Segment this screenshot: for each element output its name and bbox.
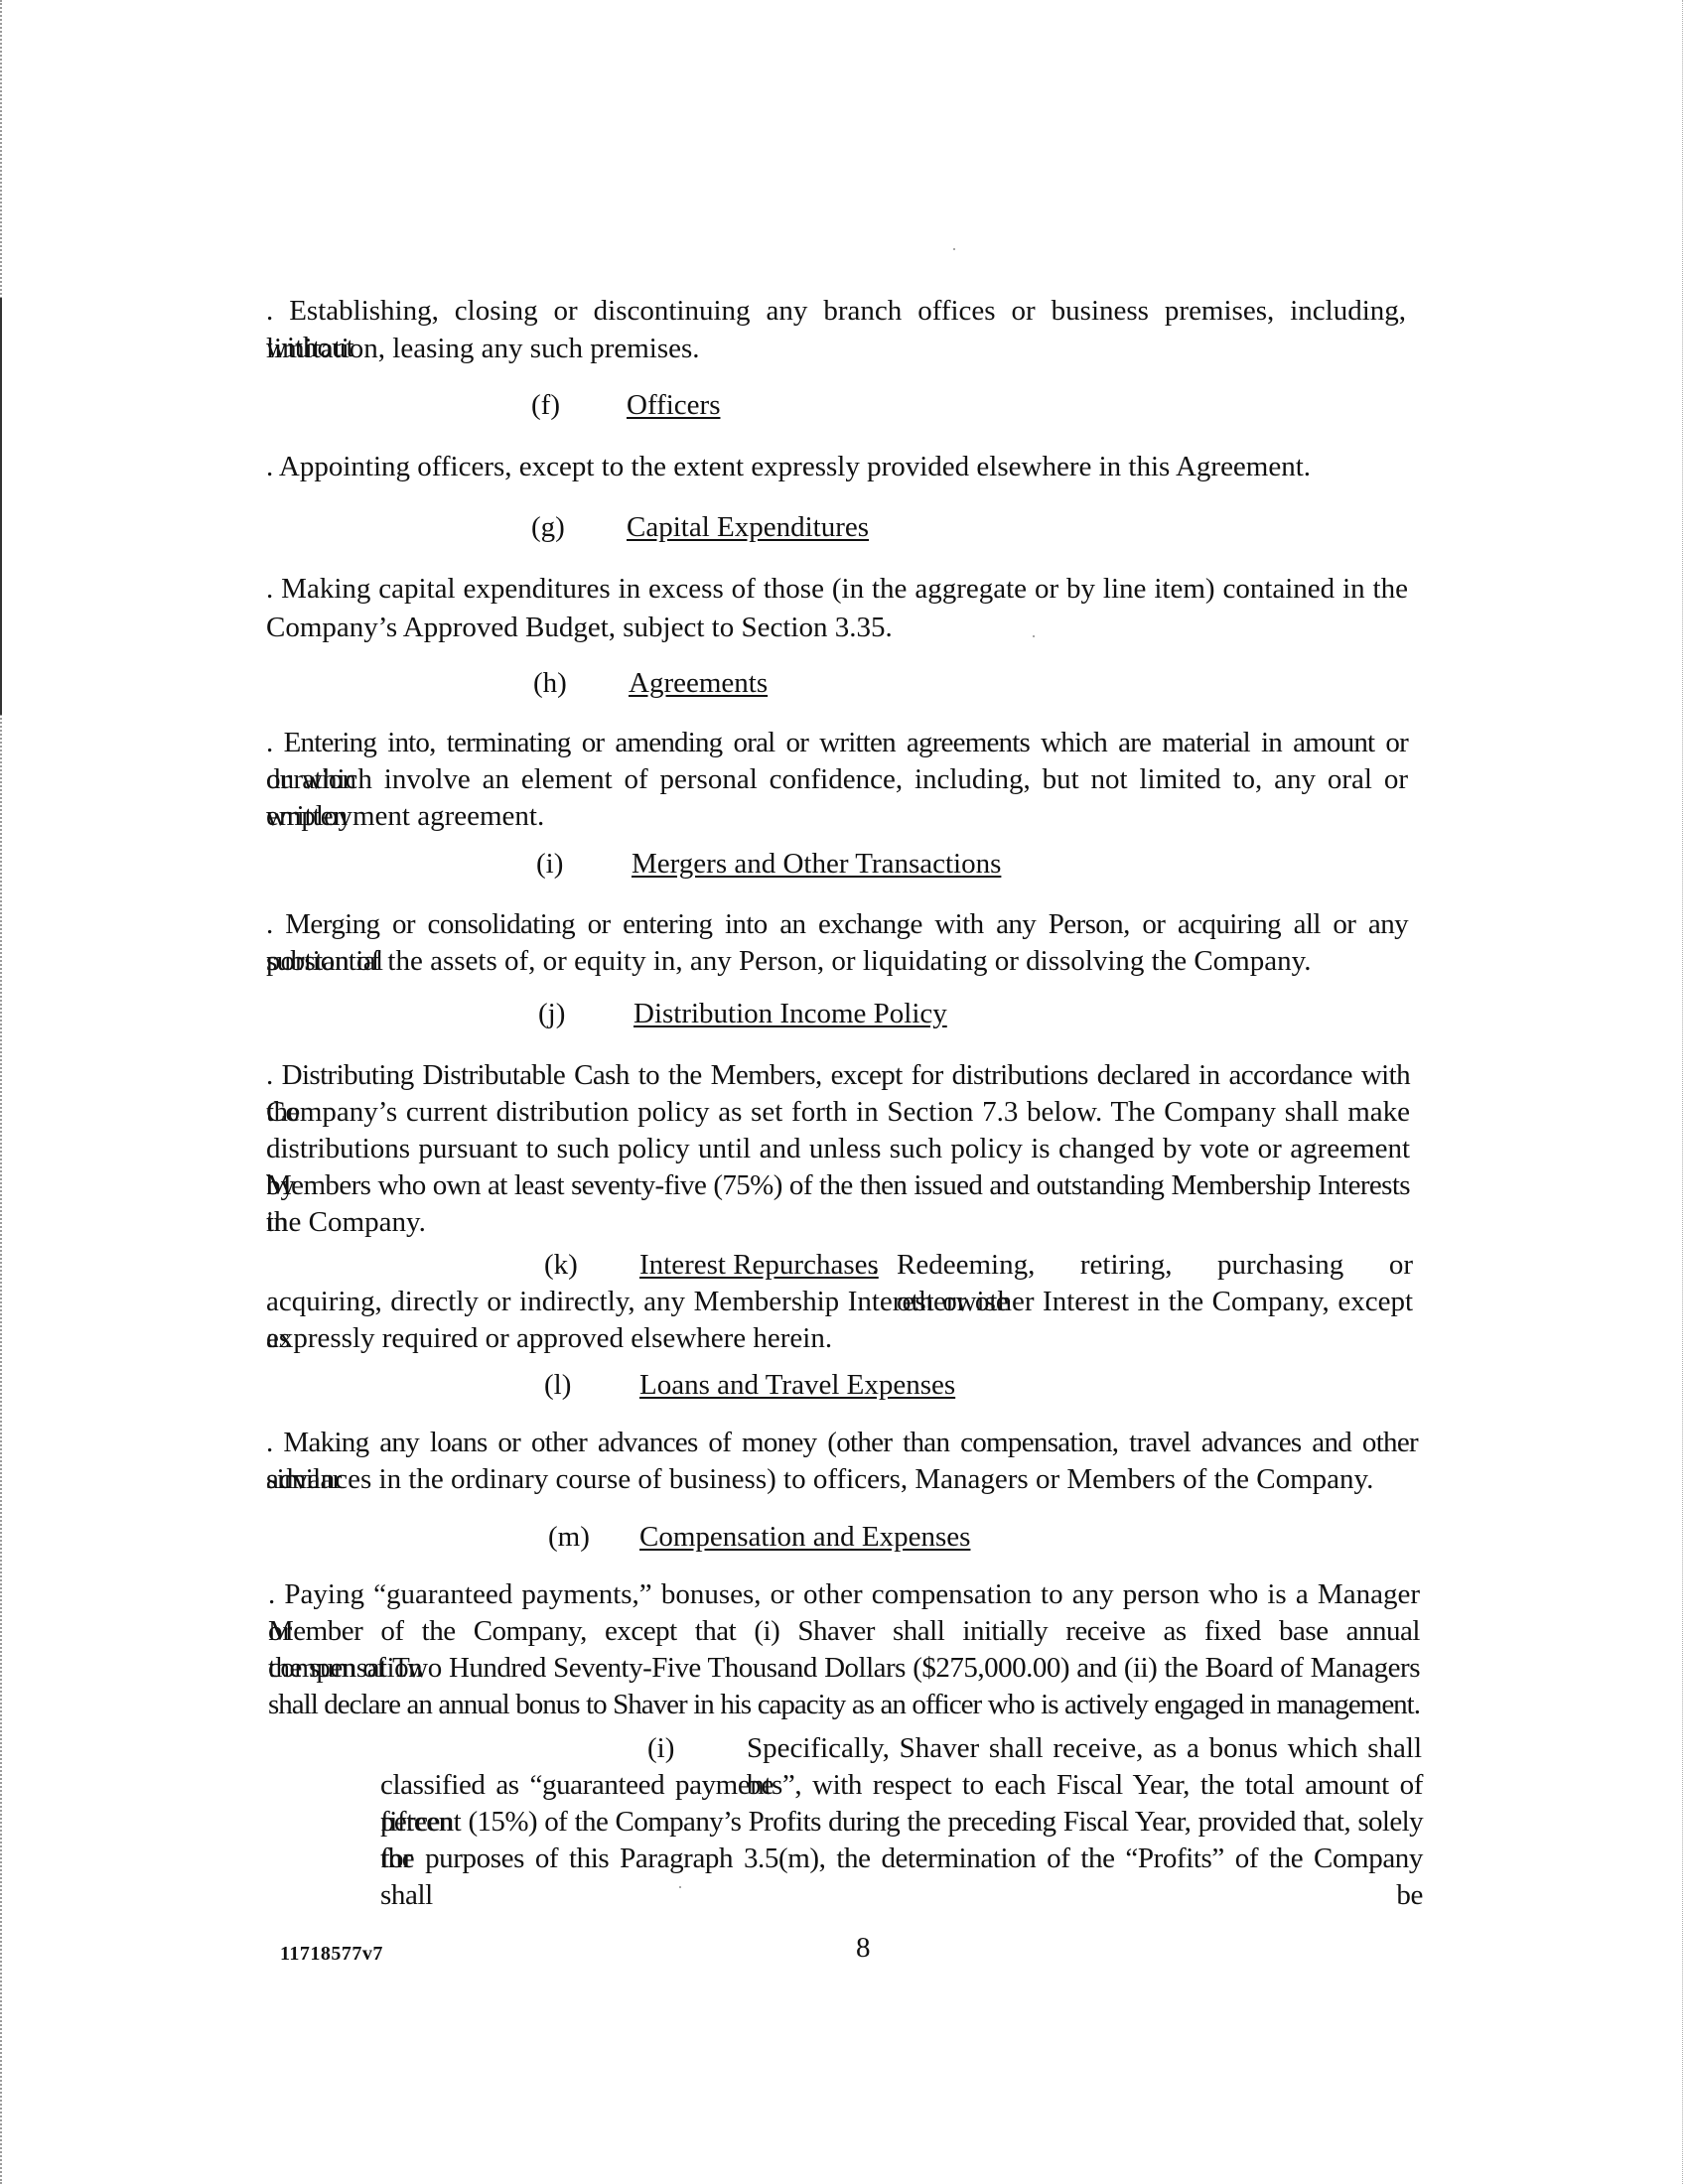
subparagraph-m-i-line-4: the purposes of this Paragraph 3.5(m), t… — [380, 1841, 1423, 1914]
section-title: Distribution Income Policy — [633, 996, 947, 1032]
section-title: Compensation and Expenses — [639, 1519, 970, 1556]
section-title: Loans and Travel Expenses — [639, 1367, 955, 1404]
subsection-number-m-i: (i) — [647, 1730, 674, 1767]
paragraph-i-line-2: portion of the assets of, or equity in, … — [266, 943, 1311, 980]
section-number: (i) — [536, 846, 563, 883]
section-title-k-period: . — [872, 1247, 879, 1284]
paragraph-k-line-3: expressly required or approved elsewhere… — [266, 1320, 832, 1357]
document-id: 11718577v7 — [280, 1943, 383, 1966]
paragraph-f-line-1: . Appointing officers, except to the ext… — [266, 449, 1311, 485]
section-title-k: Interest Repurchases — [639, 1247, 879, 1284]
section-title: Officers — [627, 387, 720, 424]
section-number: (h) — [533, 665, 567, 702]
section-title: Capital Expenditures — [627, 509, 869, 546]
paragraph-j-line-5: the Company. — [266, 1204, 426, 1241]
paragraph-g-line-1: . Making capital expenditures in excess … — [266, 571, 1408, 608]
section-number-k: (k) — [544, 1247, 578, 1284]
paragraph-l-line-2: advances in the ordinary course of busin… — [266, 1461, 1373, 1498]
scan-speck — [1033, 635, 1035, 637]
paragraph-h-line-3: employment agreement. — [266, 798, 544, 835]
paragraph-e-line-2: limitation, leasing any such premises. — [266, 331, 700, 367]
scan-right-edge — [1682, 0, 1684, 2184]
paragraph-m-line-4: shall declare an annual bonus to Shaver … — [268, 1687, 1420, 1723]
section-number: (l) — [544, 1367, 571, 1404]
page-number: 8 — [856, 1932, 871, 1965]
document-page: . Establishing, closing or discontinuing… — [0, 0, 1688, 2184]
scan-speck — [679, 1886, 681, 1888]
section-number: (g) — [531, 509, 565, 546]
paragraph-g-line-2: Company’s Approved Budget, subject to Se… — [266, 610, 893, 646]
scan-speck — [953, 248, 955, 250]
section-number: (j) — [538, 996, 565, 1032]
paragraph-j-line-4: Members who own at least seventy-five (7… — [266, 1167, 1410, 1241]
scan-left-edge-dark — [0, 298, 2, 715]
section-number: (m) — [548, 1519, 590, 1556]
section-number: (f) — [531, 387, 560, 424]
section-title: Mergers and Other Transactions — [632, 846, 1001, 883]
paragraph-m-line-3: the sum of Two Hundred Seventy-Five Thou… — [268, 1650, 1420, 1687]
section-title: Agreements — [629, 665, 768, 702]
paragraph-j-line-2: Company’s current distribution policy as… — [266, 1094, 1410, 1131]
